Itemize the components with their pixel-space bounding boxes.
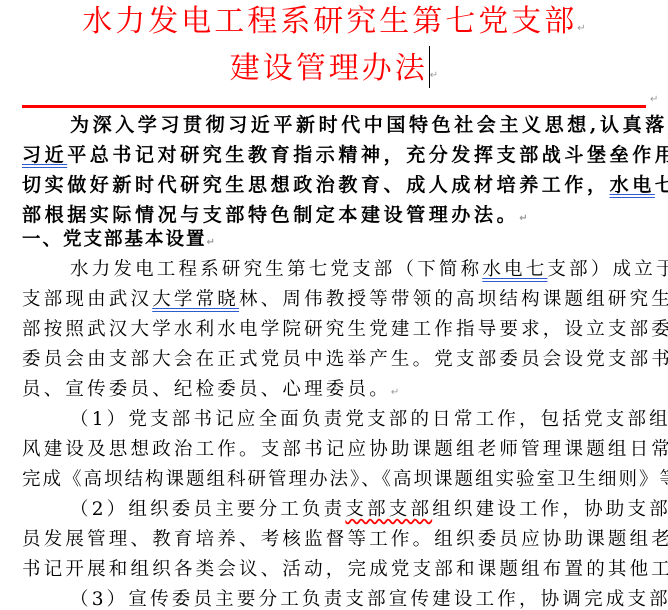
paragraph-mark-icon: ↵ [207,237,215,248]
document-page: 水力发电工程系研究生第七党支部↵ 建设管理办法↵ ↵ 为深入学习贯彻习近平新时代… [0,0,668,610]
title-text-1: 水力发电工程系研究生第七党支部 [82,4,577,39]
paragraph-propaganda[interactable]: （3）宣传委员主要分工负责支部宣传建设工作，协调完成支部会议记录撰 [22,585,648,610]
text-line: 书记开展和组织各类会议、活动，完成党支部和课题组布置的其他工作。↵ [22,555,648,585]
document-title-line1[interactable]: 水力发电工程系研究生第七党支部↵ [0,2,668,49]
text-line: 委员会由支部大会在正式党员中选举产生。党支部委员会设党支部书记、组织委 [22,345,648,375]
paragraph-mark-icon: ↵ [391,387,399,398]
text-line: （2）组织委员主要分工负责支部支部组织建设工作，协助支部书记做好党 [22,495,648,525]
text-line: 员、宣传委员、纪检委员、心理委员。↵ [22,375,648,405]
grammar-flag[interactable]: 水电 [610,174,655,196]
text-line: （1）党支部书记应全面负责党支部的日常工作，包括党支部组织建设、作 [22,405,648,435]
grammar-flag[interactable]: 水电七 [482,259,547,280]
paragraph-basic-setup[interactable]: 水力发电工程系研究生第七党支部（下简称水电七支部）成立于 2013 年， 支部现… [22,255,648,405]
text-line: 切实做好新时代研究生思想政治教育、成人成材培养工作，水电七支 [22,170,648,200]
paragraph-organization[interactable]: （2）组织委员主要分工负责支部支部组织建设工作，协助支部书记做好党 员发展管理、… [22,495,648,585]
text-line: 风建设及思想政治工作。支部书记应协助课题组老师管理课题组日常工作，协调 [22,435,648,465]
title-text-2: 建设管理办法 [230,51,428,86]
spelling-flag[interactable]: 支部支部 [345,499,432,520]
paragraph-mark-icon: ↵ [519,213,527,224]
paragraph-mark-icon: ↵ [430,70,438,81]
paragraph-mark-icon: ↵ [650,94,658,105]
heading-line: 一、党支部基本设置↵ [22,226,648,254]
grammar-flag[interactable]: 习近 [22,144,67,166]
paragraph-secretary[interactable]: （1）党支部书记应全面负责党支部的日常工作，包括党支部组织建设、作 风建设及思想… [22,405,648,495]
text-line: 习近平总书记对研究生教育指示精神，充分发挥支部战斗堡垒作用， [22,140,648,170]
text-line: 员发展管理、教育培养、考核监督等工作。组织委员应协助课题组老师、党支部 [22,525,648,555]
grammar-flag[interactable]: 大学常晓 [152,289,239,310]
text-line: 支部现由武汉大学常晓林、周伟教授等带领的高坝结构课题组研究生组成。党支 [22,285,648,315]
red-header-rule [22,105,646,108]
text-line: 部按照武汉大学水利水电学院研究生党建工作指导要求，设立支部委员会，支部 [22,315,648,345]
paragraph-mark-icon: ↵ [577,23,585,34]
text-line: 水力发电工程系研究生第七党支部（下简称水电七支部）成立于 2013 年， [22,255,648,285]
document-title-line2[interactable]: 建设管理办法↵ [0,46,668,96]
text-line: 完成《高坝结构课题组科研管理办法》、《高坝课题组实验室卫生细则》等要求。↵ [22,465,648,495]
section-heading[interactable]: 一、党支部基本设置↵ [22,226,648,254]
intro-paragraph[interactable]: 为深入学习贯彻习近平新时代中国特色社会主义思想,认真落实 习近平总书记对研究生教… [22,110,648,230]
text-cursor [429,46,430,88]
text-line: （3）宣传委员主要分工负责支部宣传建设工作，协调完成支部会议记录撰 [22,585,648,610]
text-line: 为深入学习贯彻习近平新时代中国特色社会主义思想,认真落实 [22,110,648,140]
